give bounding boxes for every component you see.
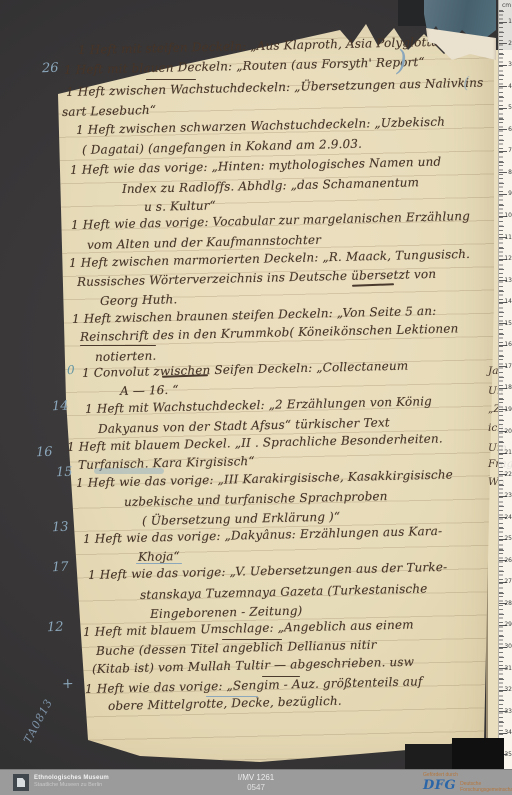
underline-mark bbox=[146, 79, 196, 80]
ruler-half-tick bbox=[499, 205, 504, 206]
margin-number: 12 bbox=[47, 621, 64, 635]
scan-page-number: 0547 bbox=[176, 783, 336, 793]
ruler-half-tick bbox=[499, 377, 504, 378]
ruler-number: 18 bbox=[503, 384, 512, 391]
margin-number: 0 bbox=[67, 364, 75, 377]
margin-number: ) bbox=[396, 54, 407, 67]
ruler-number: 32 bbox=[503, 686, 512, 693]
ruler-half-tick bbox=[499, 399, 504, 400]
margin-number: + bbox=[62, 678, 74, 691]
ruler-half-tick bbox=[499, 291, 504, 292]
institution-block: Ethnologisches Museum Staatliche Museen … bbox=[13, 774, 109, 791]
ruler-number: 33 bbox=[503, 708, 512, 715]
manuscript-line: 1 Heft wie das vorige: Vocabular zur mar… bbox=[71, 210, 470, 232]
manuscript-line: (Kitab ist) vom Mullah Tultir — abgeschr… bbox=[92, 656, 414, 676]
ruler-half-tick bbox=[499, 334, 504, 335]
ruler-half-tick bbox=[499, 550, 504, 551]
ruler-number: 1 bbox=[503, 18, 512, 25]
signature-block: I/MV 1261 0547 bbox=[176, 773, 336, 793]
paper-area: 1 Heft mit steifen Deckeln: „Aus Klaprot… bbox=[0, 0, 512, 795]
ruler: cm 1234567891011121314151617181920212223… bbox=[498, 0, 512, 772]
ruler-number: 35 bbox=[503, 751, 512, 758]
ruler-number: 30 bbox=[503, 643, 512, 650]
ruler-number: 7 bbox=[503, 147, 512, 154]
ruler-number: 4 bbox=[503, 83, 512, 90]
manuscript-line: sart Lesebuch“ bbox=[62, 104, 156, 119]
ruler-half-tick bbox=[499, 593, 504, 594]
institution-text: Ethnologisches Museum Staatliche Museen … bbox=[34, 774, 109, 789]
collection-signature: I/MV 1261 bbox=[176, 773, 336, 783]
dfg-row: DFG Deutsche Forschungsgemeinschaft bbox=[423, 779, 512, 793]
dfg-wordmark: DFG bbox=[423, 779, 456, 792]
ruler-half-tick bbox=[499, 54, 504, 55]
institution-name: Ethnologisches Museum bbox=[34, 774, 109, 782]
ruler-number: 16 bbox=[503, 341, 512, 348]
ruler-number: 17 bbox=[503, 363, 512, 370]
ruler-number: 8 bbox=[503, 169, 512, 176]
ruler-number: 29 bbox=[503, 621, 512, 628]
ruler-number: 5 bbox=[503, 104, 512, 111]
shadow-patch-top-right bbox=[398, 0, 428, 26]
manuscript-line: Index zu Radloffs. Abhdlg: „das Schamane… bbox=[122, 176, 419, 196]
dfg-logo: Gefördert durch DFG Deutsche Forschungsg… bbox=[423, 772, 512, 793]
ruler-half-tick bbox=[499, 485, 504, 486]
manuscript-line: Reinschrift des in den Krummkob( Köneikö… bbox=[80, 322, 459, 344]
ruler-half-tick bbox=[499, 248, 504, 249]
ruler-number: 15 bbox=[503, 320, 512, 327]
margin-number: 15 bbox=[56, 466, 73, 480]
manuscript-line: 1 Heft wie das vorige: „V. Uebersetzunge… bbox=[88, 561, 448, 582]
ruler-number: 14 bbox=[503, 298, 512, 305]
ruler-number: 28 bbox=[503, 600, 512, 607]
ruler-half-tick bbox=[499, 722, 504, 723]
ruler-number: 34 bbox=[503, 729, 512, 736]
ruler-half-tick bbox=[499, 614, 504, 615]
edge-fragment: Ja bbox=[488, 366, 498, 377]
ruler-number: 27 bbox=[503, 578, 512, 585]
shadow-patch-bottom bbox=[405, 744, 455, 770]
ruler-half-tick bbox=[499, 442, 504, 443]
ink-layer: 1 Heft mit steifen Deckeln: „Aus Klaprot… bbox=[0, 0, 512, 795]
underline-mark bbox=[136, 563, 182, 564]
ruler-number: 12 bbox=[503, 255, 512, 262]
ruler-number: 20 bbox=[503, 428, 512, 435]
margin-number: ( bbox=[463, 76, 470, 89]
ruler-half-tick bbox=[499, 269, 504, 270]
manuscript-line: Georg Huth. bbox=[100, 293, 178, 308]
manuscript-line: notierten. bbox=[95, 350, 157, 364]
manuscript-line: 1 Heft mit blauen Deckeln: „Routen (aus … bbox=[64, 56, 425, 77]
margin-number: 26 bbox=[42, 62, 59, 76]
manuscript-line: 1 Heft wie das vorige: „Sengim - Auz. gr… bbox=[85, 675, 423, 696]
ruler-half-tick bbox=[499, 679, 504, 680]
ruler-number: 31 bbox=[503, 665, 512, 672]
manuscript-line: Khoja“ bbox=[138, 550, 180, 564]
black-square-bottom-right bbox=[452, 738, 504, 772]
ruler-half-tick bbox=[499, 312, 504, 313]
manuscript-line: ( Übersetzung und Erklärung )“ bbox=[142, 511, 340, 528]
manuscript-line: 1 Heft mit blauem Umschlage: „Angeblich … bbox=[83, 618, 414, 639]
ruler-unit-label: cm bbox=[502, 2, 511, 9]
ruler-number: 23 bbox=[503, 492, 512, 499]
ruler-number: 13 bbox=[503, 277, 512, 284]
ruler-number: 19 bbox=[503, 406, 512, 413]
ruler-number: 21 bbox=[503, 449, 512, 456]
ruler-half-tick bbox=[499, 162, 504, 163]
manuscript-line: u s. Kultur“ bbox=[144, 199, 216, 214]
ruler-number: 25 bbox=[503, 535, 512, 542]
margin-number: 16 bbox=[36, 446, 53, 460]
footer-bar: Ethnologisches Museum Staatliche Museen … bbox=[0, 769, 512, 795]
ruler-half-tick bbox=[499, 119, 504, 120]
manuscript-line: A — 16. “ bbox=[120, 384, 179, 398]
ruler-half-tick bbox=[499, 420, 504, 421]
ruler-half-tick bbox=[499, 636, 504, 637]
ruler-half-tick bbox=[499, 356, 504, 357]
manuscript-line: uzbekische und turfanische Sprachproben bbox=[124, 490, 388, 509]
ruler-half-tick bbox=[499, 97, 504, 98]
ruler-half-tick bbox=[499, 700, 504, 701]
ruler-half-tick bbox=[499, 11, 504, 12]
museum-logo-icon bbox=[13, 774, 29, 791]
manuscript-line: 1 Heft mit blauem Deckel. „II . Sprachli… bbox=[67, 432, 443, 454]
strike-mark bbox=[352, 283, 394, 286]
ruler-half-tick bbox=[499, 183, 504, 184]
ruler-number: 2 bbox=[503, 40, 512, 47]
ruler-number: 9 bbox=[503, 190, 512, 197]
ruler-half-tick bbox=[499, 571, 504, 572]
ruler-half-tick bbox=[499, 463, 504, 464]
ruler-number: 11 bbox=[503, 234, 512, 241]
margin-number: 14 bbox=[52, 400, 69, 414]
ruler-number: 24 bbox=[503, 514, 512, 521]
manuscript-line: Eingeborenen - Zeitung) bbox=[150, 605, 303, 621]
ruler-half-tick bbox=[499, 528, 504, 529]
dfg-name: Deutsche Forschungsgemeinschaft bbox=[460, 779, 512, 793]
manuscript-line: Russisches Wörterverzeichnis ins Deutsch… bbox=[77, 268, 436, 289]
ruler-number: 3 bbox=[503, 61, 512, 68]
manuscript-line: vom Alten und der Kaufmannstochter bbox=[87, 234, 321, 252]
manuscript-line: Buche (dessen Titel angeblich Dellianus … bbox=[96, 639, 377, 658]
manuscript-line: stanskaya Tuzemnaya Gazeta (Turkestanisc… bbox=[140, 582, 428, 602]
manuscript-line: ( Dagatai) (angefangen in Kokand am 2.9.… bbox=[82, 138, 362, 157]
margin-number: 13 bbox=[52, 521, 69, 535]
ruler-half-tick bbox=[499, 75, 504, 76]
manuscript-line: 1 Heft mit steifen Deckeln: „Aus Klaprot… bbox=[78, 36, 445, 57]
manuscript-line: 1 Heft wie das vorige: „Hinten: mytholog… bbox=[70, 156, 442, 177]
manuscript-line: 1 Heft zwischen Wachstuchdeckeln: „Übers… bbox=[66, 77, 484, 99]
institution-subtitle: Staatliche Museen zu Berlin bbox=[34, 782, 109, 789]
margin-number: 17 bbox=[52, 561, 69, 575]
scanned-manuscript-page: 1 Heft mit steifen Deckeln: „Aus Klaprot… bbox=[0, 0, 512, 795]
ruler-number: 22 bbox=[503, 471, 512, 478]
manuscript-line: 1 Heft zwischen schwarzen Wachstuchdecke… bbox=[76, 116, 445, 137]
ruler-number: 6 bbox=[503, 126, 512, 133]
manuscript-line: 1 Heft mit Wachstuchdeckel: „2 Erzählung… bbox=[85, 395, 432, 416]
manuscript-line: obere Mittelgrotte, Decke, bezüglich. bbox=[108, 695, 342, 713]
ruler-number: 26 bbox=[503, 557, 512, 564]
ruler-half-tick bbox=[499, 657, 504, 658]
ruler-number: 10 bbox=[503, 212, 512, 219]
ruler-half-tick bbox=[499, 506, 504, 507]
ruler-half-tick bbox=[499, 32, 504, 33]
manuscript-line: 1 Heft wie das vorige: „Dakyânus: Erzähl… bbox=[83, 525, 443, 546]
ruler-half-tick bbox=[499, 226, 504, 227]
underline-mark bbox=[80, 345, 156, 346]
smear-mark bbox=[94, 468, 164, 474]
ruler-half-tick bbox=[499, 140, 504, 141]
